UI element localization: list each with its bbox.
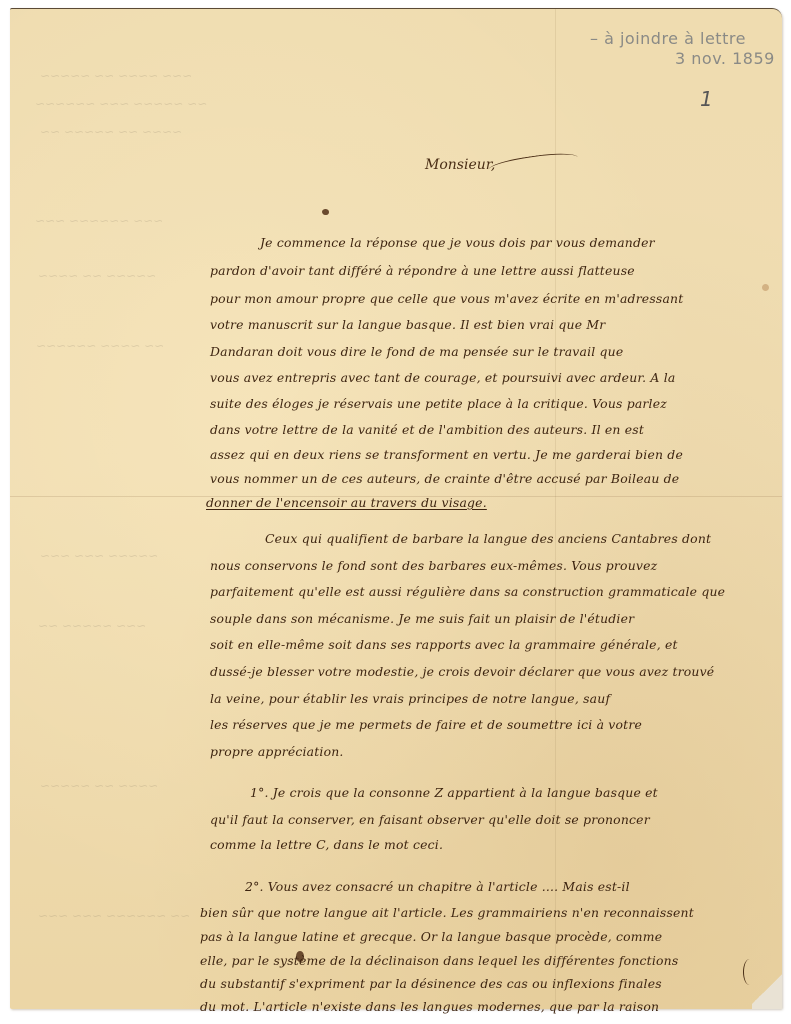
text-line: votre manuscrit sur la langue basque. Il… — [210, 317, 605, 332]
torn-corner — [752, 969, 782, 1009]
bleed-through-text: ~~ ~~~~~~ ~~~ ~~~ — [38, 909, 190, 923]
text-line: propre appréciation. — [210, 744, 344, 759]
text-line-underlined: donner de l'encensoir au travers du visa… — [206, 495, 487, 510]
ink-blot — [322, 209, 329, 215]
text-line: dussé-je blesser votre modestie, je croi… — [210, 664, 714, 679]
text-line: dans votre lettre de la vanité et de l'a… — [210, 422, 644, 437]
text-line: bien sûr que notre langue ait l'article.… — [200, 905, 694, 920]
bleed-through-text: ~~~ ~~~~~ ~~ — [38, 619, 146, 633]
text-line: pas à la langue latine et grecque. Or la… — [200, 929, 662, 944]
text-line: qu'il faut la conserver, en faisant obse… — [210, 812, 650, 827]
bleed-through-text: ~~ ~~~~ ~~~~~~ — [36, 339, 164, 353]
text-line: vous nommer un de ces auteurs, de craint… — [210, 471, 679, 486]
bleed-through-text: ~~~~ ~~ ~~~~~ ~~ — [40, 125, 182, 139]
text-line: elle, par le système de la déclinaison d… — [200, 953, 678, 968]
text-line-numbered: 2°. Vous avez consacré un chapitre à l'a… — [245, 879, 630, 894]
archival-annotation-line1: – à joindre à lettre — [590, 29, 746, 48]
text-line: Ceux qui qualifient de barbare la langue… — [265, 531, 711, 546]
text-line: assez qui en deux riens se transforment … — [210, 447, 683, 462]
text-line-numbered: 1°. Je crois que la consonne Z appartien… — [250, 785, 658, 800]
text-line: les réserves que je me permets de faire … — [210, 717, 642, 732]
text-line: suite des éloges je réservais une petite… — [210, 396, 667, 411]
text-line: du substantif s'expriment par la désinen… — [200, 976, 662, 991]
text-line: comme la lettre C, dans le mot ceci. — [210, 837, 443, 852]
page-number: 1 — [700, 87, 713, 111]
bleed-through-text: ~~~~ ~~ ~~~~~ — [40, 779, 158, 793]
bleed-through-text: ~~~~~ ~~ ~~~~ — [38, 269, 156, 283]
stain — [762, 284, 769, 291]
text-line: vous avez entrepris avec tant de courage… — [210, 370, 675, 385]
salutation-flourish — [487, 150, 578, 177]
archival-annotation-date: 3 nov. 1859 — [675, 49, 775, 68]
bleed-through-text: ~~~ ~~~~ ~~ ~~~~~ — [40, 69, 192, 83]
text-line: Dandaran doit vous dire le fond de ma pe… — [210, 344, 623, 359]
text-line: pour mon amour propre que celle que vous… — [210, 291, 683, 306]
text-line: souple dans son mécanisme. Je me suis fa… — [210, 611, 634, 626]
text-line: Je commence la réponse que je vous dois … — [260, 235, 655, 250]
text-line: nous conservons le fond sont des barbare… — [210, 558, 657, 573]
text-line: la veine, pour établir les vrais princip… — [210, 691, 610, 706]
salutation: Monsieur, — [425, 157, 495, 173]
text-line: du mot. L'article n'existe dans les lang… — [200, 999, 659, 1014]
bleed-through-text: ~~ ~~~~~ ~~~ ~~~~~~ — [35, 97, 207, 111]
bleed-through-text: ~~~ ~~~~~~ ~~~ — [35, 214, 163, 228]
text-line: pardon d'avoir tant différé à répondre à… — [210, 263, 635, 278]
text-line: parfaitement qu'elle est aussi régulière… — [210, 584, 725, 599]
manuscript-page: ~~~ ~~~~ ~~ ~~~~~ ~~ ~~~~~ ~~~ ~~~~~~ ~~… — [10, 8, 782, 1009]
bleed-through-text: ~~~~~ ~~~ ~~~ — [40, 549, 158, 563]
text-line: soit en elle-même soit dans ses rapports… — [210, 637, 678, 652]
